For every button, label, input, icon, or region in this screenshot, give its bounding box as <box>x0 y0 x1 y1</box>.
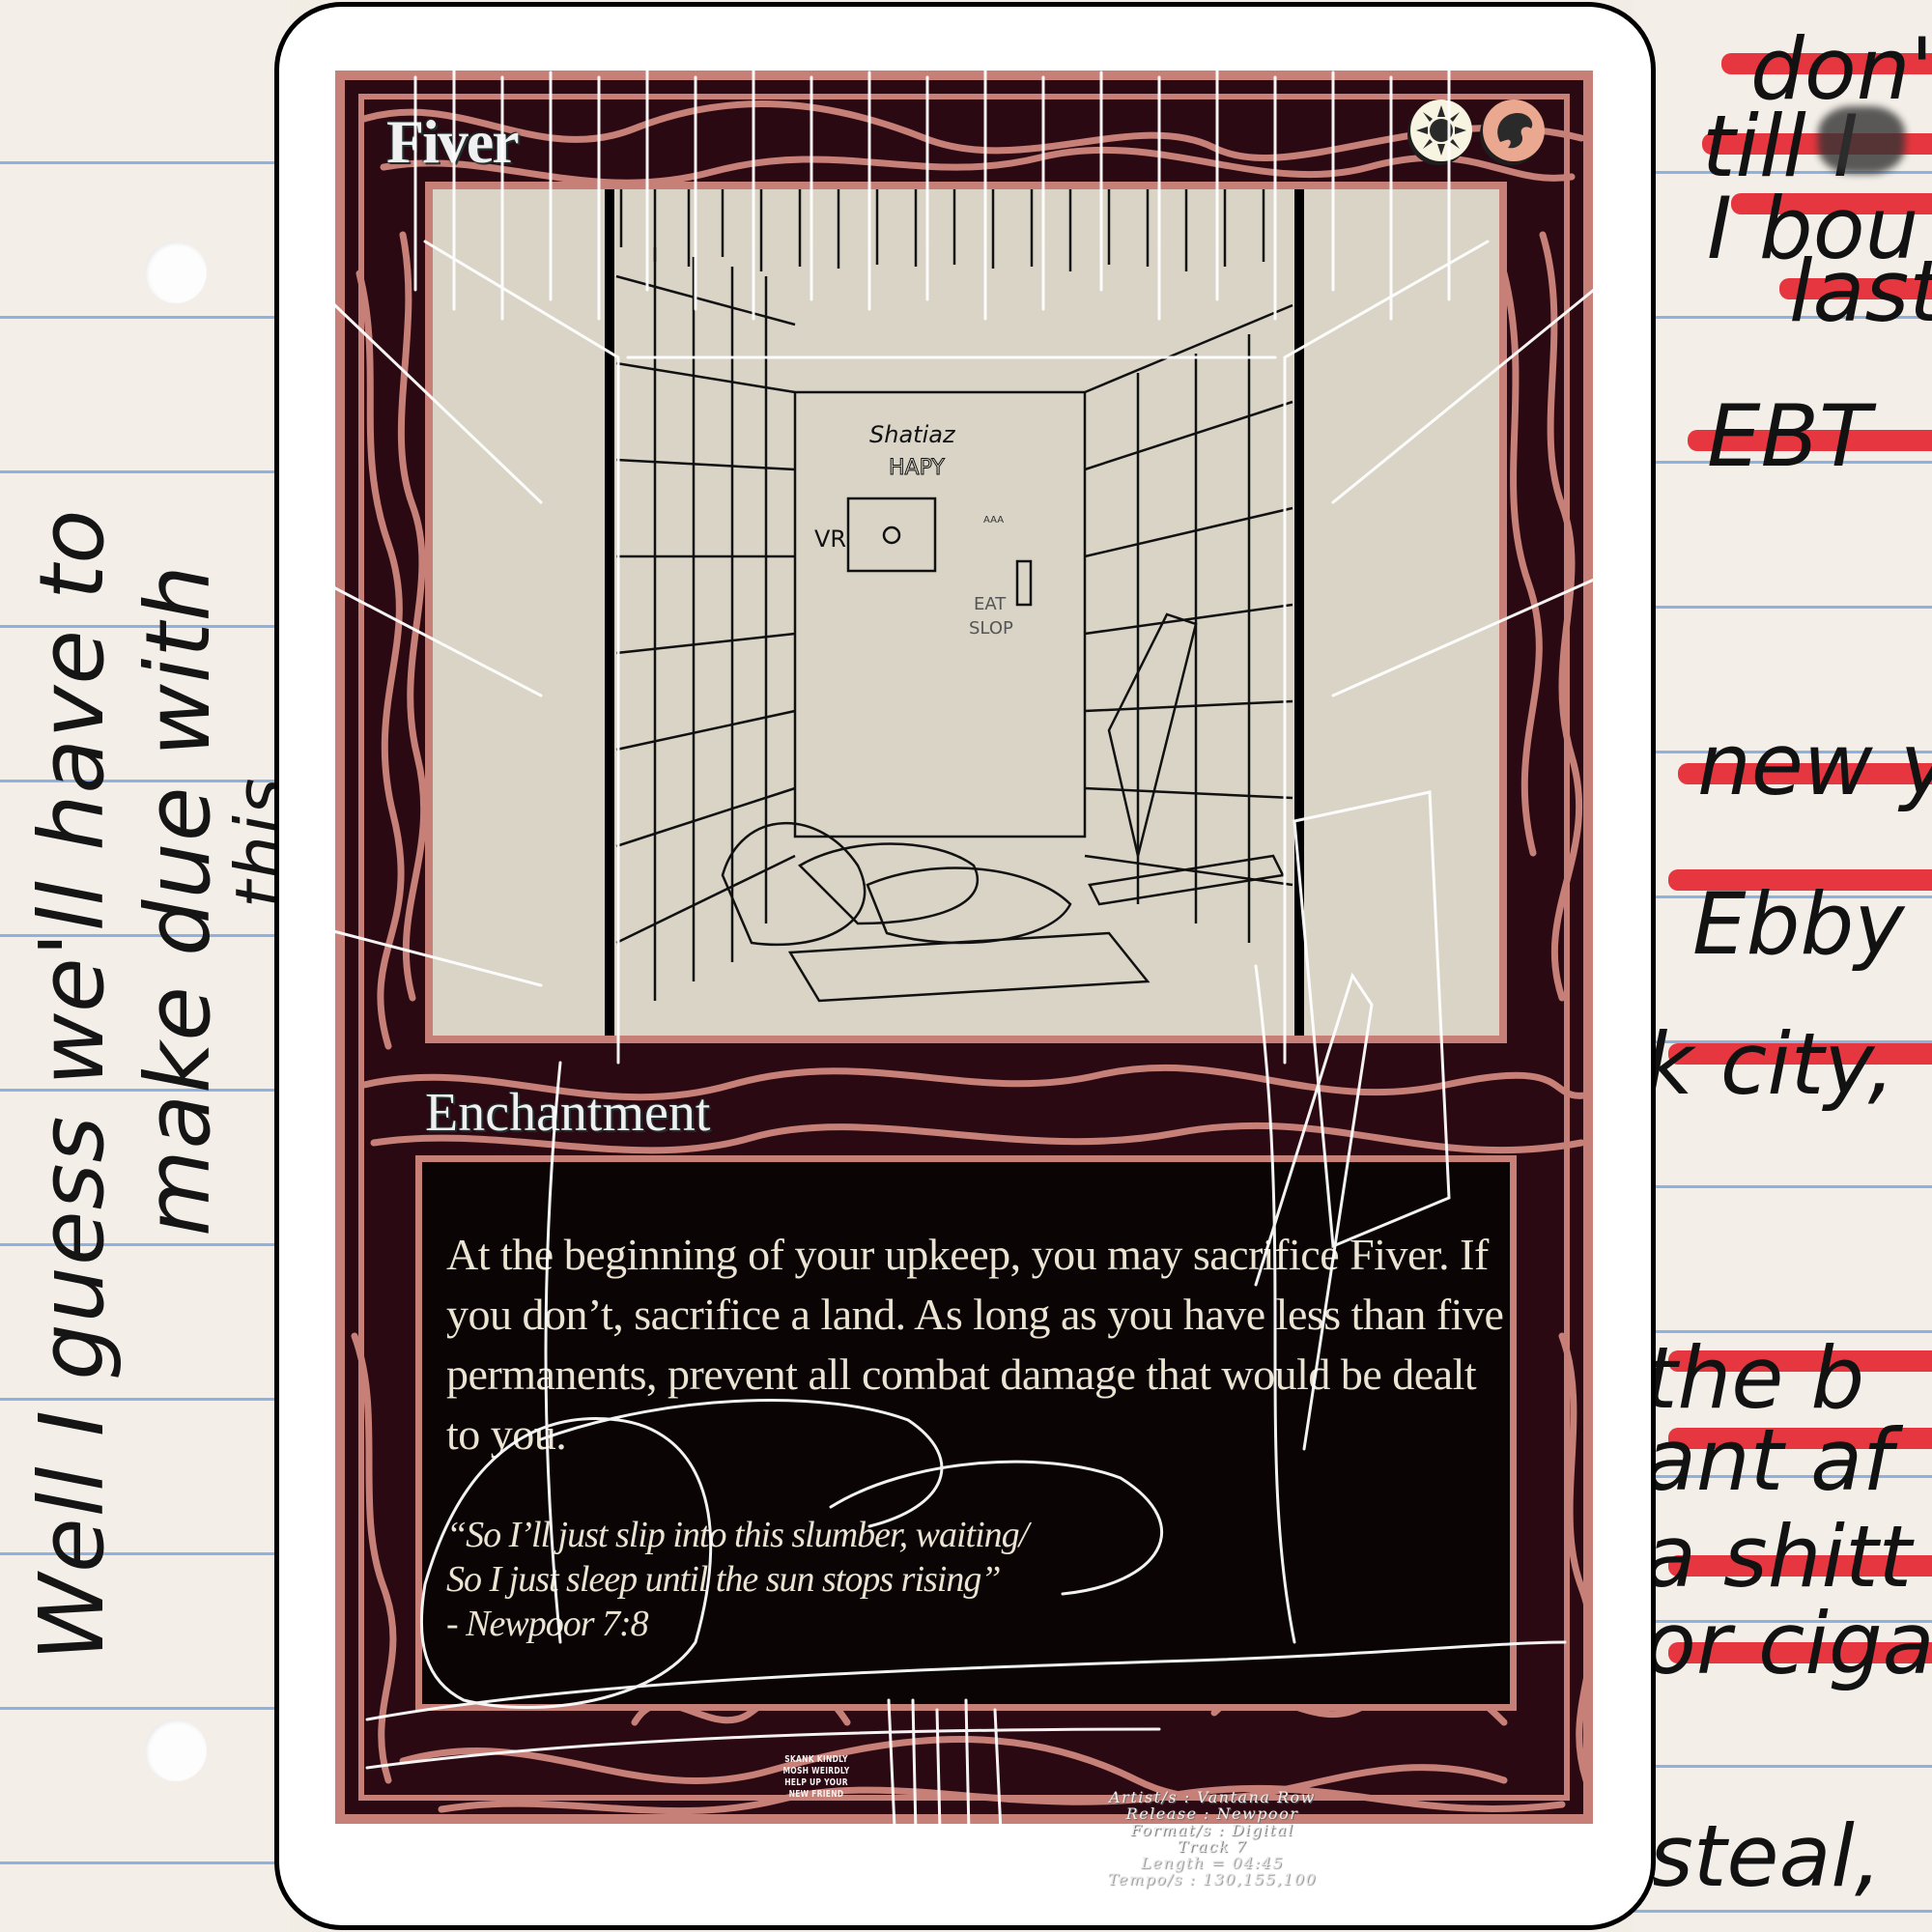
graffiti-small: AAA <box>983 515 1004 526</box>
note-line: last <box>1789 241 1932 341</box>
graffiti-initials: VR <box>814 526 846 553</box>
credit-artist: Artist/s : Vantana Row <box>1053 1789 1372 1805</box>
flavor-attribution: - Newpoor 7:8 <box>446 1602 1412 1646</box>
credit-release: Release : Newpoor <box>1053 1805 1372 1822</box>
tagline-line: MOSH WEIRDLY <box>774 1766 859 1777</box>
note-line: or ciga <box>1654 1594 1932 1693</box>
graffiti-tag: Shatiaz <box>869 421 956 448</box>
ink-smudge <box>1818 106 1905 174</box>
white-sun-mana-icon <box>1410 99 1472 161</box>
notebook-paper-left: Well I guess we'll have to make due with… <box>0 0 290 1932</box>
note-line: Ebby T <box>1692 874 1932 974</box>
credit-track: Track 7 <box>1053 1838 1372 1855</box>
flavor-text: “So I’ll just slip into this slumber, wa… <box>446 1513 1412 1646</box>
flavor-line: “So I’ll just slip into this slumber, wa… <box>446 1513 1412 1557</box>
binder-hole <box>145 241 207 303</box>
note-line: ant af <box>1654 1410 1892 1510</box>
note-line: steal, <box>1654 1806 1882 1906</box>
handwritten-note-left: Well I guess we'll have to make due with… <box>19 508 290 1662</box>
note-line: EBT <box>1707 386 1871 486</box>
card-illustration: Shatiaz HAPY VR AAA EAT SLOP <box>425 182 1507 1043</box>
note-line: k city, <box>1654 1014 1895 1114</box>
binder-hole <box>145 1719 207 1781</box>
graffiti-tag: HAPY <box>889 456 945 480</box>
credit-tempo: Tempo/s : 130,155,100 <box>1053 1871 1372 1888</box>
credit-format: Format/s : Digital <box>1053 1822 1372 1838</box>
note-line: make due with <box>126 508 232 1662</box>
alley-doorway-drawing: Shatiaz HAPY VR AAA EAT SLOP <box>433 189 1499 1036</box>
card-credits: Artist/s : Vantana Row Release : Newpoor… <box>1053 1789 1372 1888</box>
note-line: new yo <box>1697 715 1932 814</box>
note-line: a shitt <box>1654 1507 1912 1606</box>
tagline-line: SKANK KINDLY <box>774 1754 859 1766</box>
tagline-line: HELP UP YOUR NEW FRIEND <box>774 1777 859 1801</box>
credit-length: Length = 04:45 <box>1053 1855 1372 1871</box>
rules-text: At the beginning of your upkeep, you may… <box>446 1225 1509 1464</box>
card-type-line: Enchantment <box>425 1082 710 1144</box>
flavor-line: So I just sleep until the sun stops risi… <box>446 1557 1412 1602</box>
card-tagline: SKANK KINDLY MOSH WEIRDLY HELP UP YOUR N… <box>774 1754 859 1801</box>
handwritten-note-right: don't till I I bou last EBT new yo Ebby … <box>1654 0 1932 1932</box>
graffiti-slogan: SLOP <box>969 618 1013 639</box>
note-line: Well I guess we'll have to <box>20 508 124 1662</box>
red-dragon-mana-icon <box>1483 99 1545 161</box>
card-title: Fiver <box>386 106 518 178</box>
graffiti-slogan: EAT <box>974 594 1007 614</box>
